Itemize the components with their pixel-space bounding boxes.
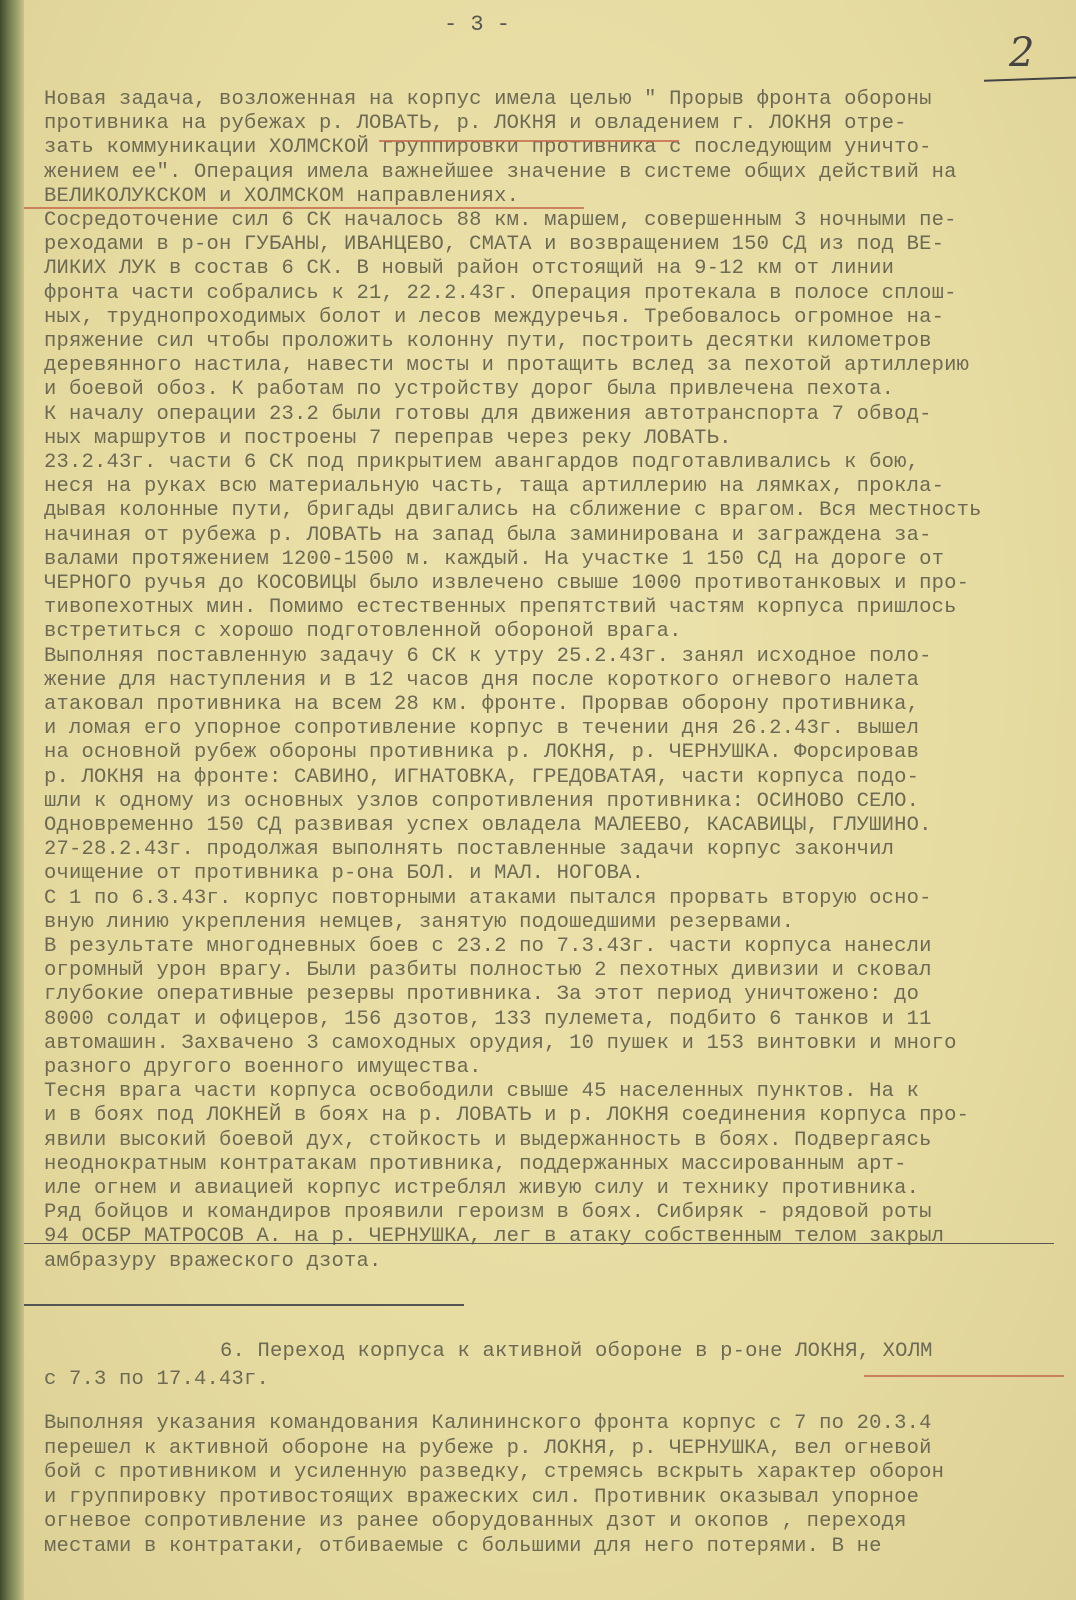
folio-underline [984, 76, 1076, 81]
text-line: атаковал противника на всем 28 км. фронт… [44, 693, 919, 717]
text-line: 27-28.2.43г. продолжая выполнять поставл… [44, 838, 894, 862]
text-line: К началу операции 23.2 были готовы для д… [44, 403, 932, 427]
red-underline [24, 207, 584, 209]
text-line: жение для наступления и в 12 часов дня п… [44, 669, 919, 693]
text-line: иле огнем и авиацией корпус истреблял жи… [44, 1177, 919, 1201]
page-number: - 3 - [444, 12, 510, 37]
text-line: тивопехотных мин. Помимо естественных пр… [44, 596, 957, 620]
text-line: деревянного настила, навести мосты и про… [44, 354, 969, 378]
text-line: глубокие оперативные резервы противника.… [44, 983, 919, 1007]
text-line: дывая колонные пути, бригады двигались н… [44, 499, 982, 523]
text-line: Сосредоточение сил 6 СК началось 88 км. … [44, 209, 957, 233]
text-line: с 7.3 по 17.4.43г. [44, 1368, 269, 1392]
text-line: начиная от рубежа р. ЛОВАТЬ на запад был… [44, 524, 932, 548]
section-heading: 6. Переход корпуса к активной обороне в … [220, 1340, 933, 1364]
text-line: противника на рубежах р. ЛОВАТЬ, р. ЛОКН… [44, 112, 907, 136]
text-line: местами в контратаки, отбиваемые с больш… [44, 1535, 882, 1559]
text-line: автомашин. Захвачено 3 самоходных орудия… [44, 1032, 957, 1056]
text-line: 8000 солдат и офицеров, 156 дзотов, 133 … [44, 1008, 932, 1032]
text-line: ЛИКИХ ЛУК в состав 6 СК. В новый район о… [44, 257, 894, 281]
text-line: огромный урон врагу. Были разбиты полнос… [44, 959, 932, 983]
text-line: валами протяжением 1200-1500 м. каждый. … [44, 548, 944, 572]
text-line: бой с противником и усиленную разведку, … [44, 1461, 944, 1485]
text-line: жением ее". Операция имела важнейшее зна… [44, 161, 957, 185]
red-underline [379, 140, 679, 142]
document-page: - 3 - 2 Новая задача, возложенная на кор… [24, 0, 1076, 1600]
text-line: р. ЛОКНЯ на фронте: САВИНО, ИГНАТОВКА, Г… [44, 766, 919, 790]
text-line: В результате многодневных боев с 23.2 по… [44, 935, 932, 959]
text-line: 23.2.43г. части 6 СК под прикрытием аван… [44, 451, 919, 475]
text-line: Выполняя поставленную задачу 6 СК к утру… [44, 645, 932, 669]
text-line: и группировку противостоящих вражеских с… [44, 1486, 919, 1510]
red-underline [864, 1375, 1064, 1377]
text-line: неоднократным контратакам противника, по… [44, 1153, 907, 1177]
text-line: разного другого военного имущества. [44, 1056, 482, 1080]
text-line: и ломая его упорное сопротивление корпус… [44, 717, 919, 741]
text-line: ных маршрутов и построены 7 переправ чер… [44, 427, 732, 451]
text-line: очищение от противника р-она БОЛ. и МАЛ.… [44, 862, 644, 886]
text-line: ВЕЛИКОЛУКСКОМ и ХОЛМСКОМ направлениях. [44, 185, 519, 209]
text-line: огневое сопротивление из ранее оборудова… [44, 1510, 907, 1534]
text-line: реходами в р-он ГУБАНЫ, ИВАНЦЕВО, СМАТА … [44, 233, 944, 257]
text-line: шли к одному из основных узлов сопротивл… [44, 790, 919, 814]
text-line: Одновременно 150 СД развивая успех овлад… [44, 814, 932, 838]
text-line: Выполняя указания командования Калининск… [44, 1412, 932, 1436]
text-line: встретиться с хорошо подготовленной обор… [44, 620, 682, 644]
text-line: пряжение сил чтобы проложить колонну пут… [44, 330, 932, 354]
text-line: фронта части собрались к 21, 22.2.43г. О… [44, 282, 957, 306]
text-line: неся на руках всю материальную часть, та… [44, 475, 944, 499]
text-line: ЧЕРНОГО ручья до КОСОВИЦЫ было извлечено… [44, 572, 969, 596]
text-line: перешел к активной обороне на рубеже р. … [44, 1437, 932, 1461]
horizontal-rule [24, 1304, 464, 1306]
text-line: 94 ОСБР МАТРОСОВ А. на р. ЧЕРНУШКА, лег … [44, 1225, 944, 1249]
text-line: ных, труднопроходимых болот и лесов межд… [44, 306, 944, 330]
text-line: на основной рубеж обороны противника р. … [44, 741, 919, 765]
text-line: С 1 по 6.3.43г. корпус повторными атакам… [44, 887, 932, 911]
horizontal-rule [24, 1243, 1054, 1244]
text-line: Новая задача, возложенная на корпус имел… [44, 88, 932, 112]
text-line: Ряд бойцов и командиров проявили героизм… [44, 1201, 932, 1225]
text-line: и в боях под ЛОКНЕЙ в боях на р. ЛОВАТЬ … [44, 1104, 969, 1128]
text-line: амбразуру вражеского дзота. [44, 1250, 382, 1274]
text-line: явили высокий боевой дух, стойкость и вы… [44, 1129, 932, 1153]
text-line: и боевой обоз. К работам по устройству д… [44, 378, 894, 402]
text-line: Тесня врага части корпуса освободили свы… [44, 1080, 919, 1104]
binding-edge [0, 0, 24, 1600]
folio-number: 2 [1009, 30, 1034, 76]
text-line: вную линию укрепления немцев, занятую по… [44, 911, 794, 935]
